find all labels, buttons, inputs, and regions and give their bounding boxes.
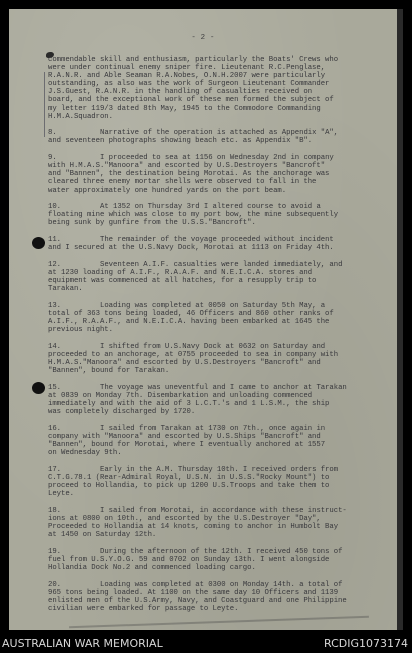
- paragraph-text: commendable skill and enthusiasm, partic…: [48, 56, 338, 121]
- paragraph-7-continued: commendable skill and enthusiasm, partic…: [48, 56, 388, 121]
- typed-text-body: commendable skill and enthusiasm, partic…: [48, 56, 388, 621]
- paragraph-number: 16.: [48, 425, 100, 433]
- record-id: RCDIG1073174: [324, 637, 408, 650]
- page-number: - 2 -: [9, 34, 397, 42]
- paragraph-number: 17.: [48, 466, 100, 474]
- paragraph-19: 19.During the afternoon of the 12th. I r…: [48, 548, 388, 572]
- paragraph-number: 14.: [48, 343, 100, 351]
- margin-line: [44, 72, 45, 137]
- paragraph-13: 13.Loading was completed at 0050 on Satu…: [48, 302, 388, 334]
- paragraph-20: 20.Loading was completed at 0300 on Mond…: [48, 581, 388, 613]
- paragraph-17: 17.Early in the A.M. Thursday 10th. I re…: [48, 466, 388, 498]
- archive-credit: AUSTRALIAN WAR MEMORIAL: [2, 637, 163, 650]
- paragraph-number: 19.: [48, 548, 100, 556]
- punch-hole-lower: [32, 382, 45, 394]
- paragraph-10: 10.At 1352 on Thursday 3rd I altered cou…: [48, 203, 388, 227]
- document-page: - 2 - commendable skill and enthusiasm, …: [9, 9, 397, 630]
- page-edge-shadow: [397, 9, 403, 630]
- paragraph-8: 8.Narrative of the operation is attached…: [48, 129, 388, 145]
- punch-hole-upper: [32, 237, 45, 249]
- paragraph-12: 12.Seventeen A.I.F. casualties were land…: [48, 261, 388, 293]
- paragraph-14: 14.I shifted from U.S.Navy Dock at 0632 …: [48, 343, 388, 375]
- paragraph-number: 8.: [48, 129, 100, 137]
- paragraph-number: 18.: [48, 507, 100, 515]
- paragraph-number: 10.: [48, 203, 100, 211]
- paragraph-number: 9.: [48, 154, 100, 162]
- paragraph-16: 16.I sailed from Tarakan at 1730 on 7th.…: [48, 425, 388, 457]
- paragraph-9: 9.I proceeded to sea at 1156 on Wednesda…: [48, 154, 388, 194]
- paragraph-11: 11.The remainder of the voyage proceeded…: [48, 236, 388, 252]
- paragraph-number: 15.: [48, 384, 100, 392]
- paragraph-number: 13.: [48, 302, 100, 310]
- paragraph-18: 18.I sailed from Morotai, in accordance …: [48, 507, 388, 539]
- paragraph-number: 12.: [48, 261, 100, 269]
- paragraph-number: 11.: [48, 236, 100, 244]
- paragraph-15: 15.The voyage was uneventful and I came …: [48, 384, 388, 416]
- paragraph-number: 20.: [48, 581, 100, 589]
